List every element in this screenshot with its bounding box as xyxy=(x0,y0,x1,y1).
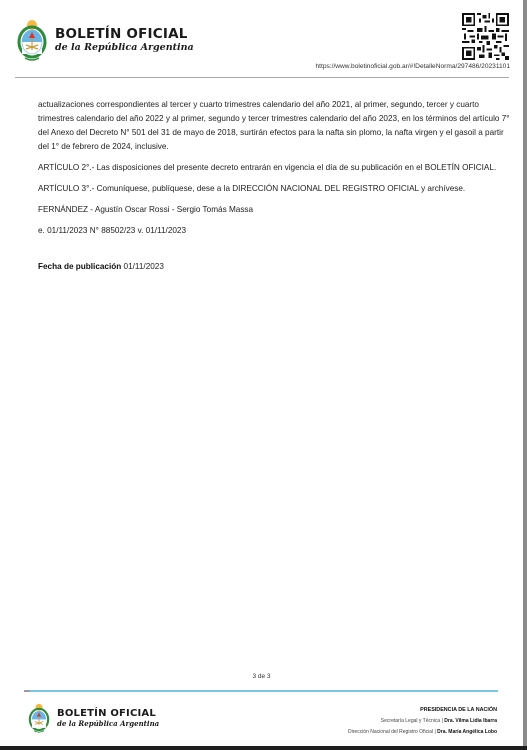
page-number: 3 de 3 xyxy=(0,673,523,680)
article-2: ARTÍCULO 2°.- Las disposiciones del pres… xyxy=(38,161,515,175)
page-edge-shadow xyxy=(523,0,527,746)
argentina-coat-of-arms-icon xyxy=(15,18,49,62)
argentina-coat-of-arms-icon xyxy=(27,702,51,734)
publication-date-value: 01/11/2023 xyxy=(124,262,164,271)
logo-title: BOLETÍN OFICIAL xyxy=(55,27,194,42)
signatures: FERNÁNDEZ - Agustín Oscar Rossi - Sergio… xyxy=(38,203,515,217)
article-3: ARTÍCULO 3°.- Comuníquese, publíquese, d… xyxy=(38,182,515,196)
header-divider xyxy=(15,77,509,78)
footer-logo-subtitle: de la República Argentina xyxy=(57,719,159,728)
bottom-edge xyxy=(0,746,527,750)
publication-date-label: Fecha de publicación xyxy=(38,262,121,271)
document-body: actualizaciones correspondientes al terc… xyxy=(38,98,515,281)
footer-divider xyxy=(24,690,498,692)
publication-date: Fecha de publicación 01/11/2023 xyxy=(38,260,515,274)
document-header: BOLETÍN OFICIAL de la República Argentin… xyxy=(0,0,523,80)
credit-line-1: Secretaría Legal y Técnica | Dra. Vilma … xyxy=(348,716,497,727)
credit-line-2: Dirección Nacional del Registro Oficial … xyxy=(348,727,497,738)
edition-number: e. 01/11/2023 N° 88502/23 v. 01/11/2023 xyxy=(38,224,515,238)
footer-credits: PRESIDENCIA DE LA NACIÓN Secretaría Lega… xyxy=(348,705,497,738)
footer-logo: BOLETÍN OFICIAL de la República Argentin… xyxy=(27,702,159,734)
logo-subtitle: de la República Argentina xyxy=(55,42,194,54)
boletin-oficial-logo: BOLETÍN OFICIAL de la República Argentin… xyxy=(15,18,194,62)
document-url[interactable]: https://www.boletinoficial.gob.ar/#!Deta… xyxy=(315,63,510,70)
qr-code-icon[interactable] xyxy=(462,13,509,60)
footer-logo-title: BOLETÍN OFICIAL xyxy=(57,708,159,719)
presidency-label: PRESIDENCIA DE LA NACIÓN xyxy=(348,705,497,716)
paragraph-continuation: actualizaciones correspondientes al terc… xyxy=(38,98,515,154)
